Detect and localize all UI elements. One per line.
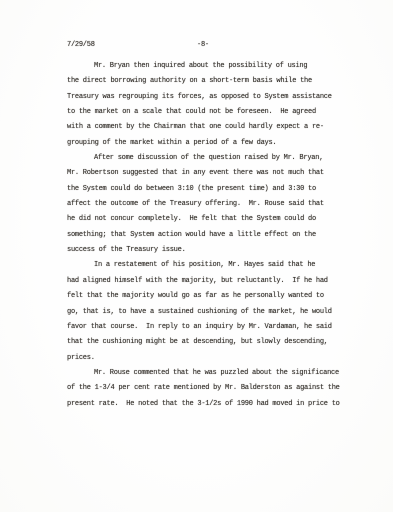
text-line: In a restatement of his position, Mr. Ha… xyxy=(67,258,347,273)
text-line: Mr. Robertson suggested that in any even… xyxy=(67,166,347,181)
text-line: Mr. Bryan then inquired about the possib… xyxy=(67,59,347,74)
text-line: prices. xyxy=(67,351,347,366)
text-line: of the 1-3/4 per cent rate mentioned by … xyxy=(67,381,347,396)
text-line: After some discussion of the question ra… xyxy=(67,151,347,166)
text-line: favor that course. In reply to an inquir… xyxy=(67,320,347,335)
text-line: present rate. He noted that the 3-1/2s o… xyxy=(67,397,347,412)
page-header: 7/29/58 -8- xyxy=(0,41,393,54)
text-line: felt that the majority would go as far a… xyxy=(67,289,347,304)
text-line: with a comment by the Chairman that one … xyxy=(67,120,347,135)
text-line: success of the Treasury issue. xyxy=(67,243,347,258)
text-line: had aligned himself with the majority, b… xyxy=(67,274,347,289)
date-label: 7/29/58 xyxy=(67,41,95,49)
text-line: he did not concur completely. He felt th… xyxy=(67,212,347,227)
text-line: affect the outcome of the Treasury offer… xyxy=(67,197,347,212)
text-line: the System could do between 3:10 (the pr… xyxy=(67,182,347,197)
document-body: Mr. Bryan then inquired about the possib… xyxy=(67,59,347,412)
text-line: something; that System action would have… xyxy=(67,228,347,243)
text-line: Treasury was regrouping its forces, as o… xyxy=(67,90,347,105)
text-line: to the market on a scale that could not … xyxy=(67,105,347,120)
text-line: grouping of the market within a period o… xyxy=(67,136,347,151)
text-line: go, that is, to have a sustained cushion… xyxy=(67,305,347,320)
scanned-document-page: 7/29/58 -8- Mr. Bryan then inquired abou… xyxy=(0,0,393,512)
text-line: the direct borrowing authority on a shor… xyxy=(67,74,347,89)
text-line: Mr. Rouse commented that he was puzzled … xyxy=(67,366,347,381)
text-line: that the cushioning might be at descendi… xyxy=(67,335,347,350)
page-number: -8- xyxy=(197,41,209,49)
